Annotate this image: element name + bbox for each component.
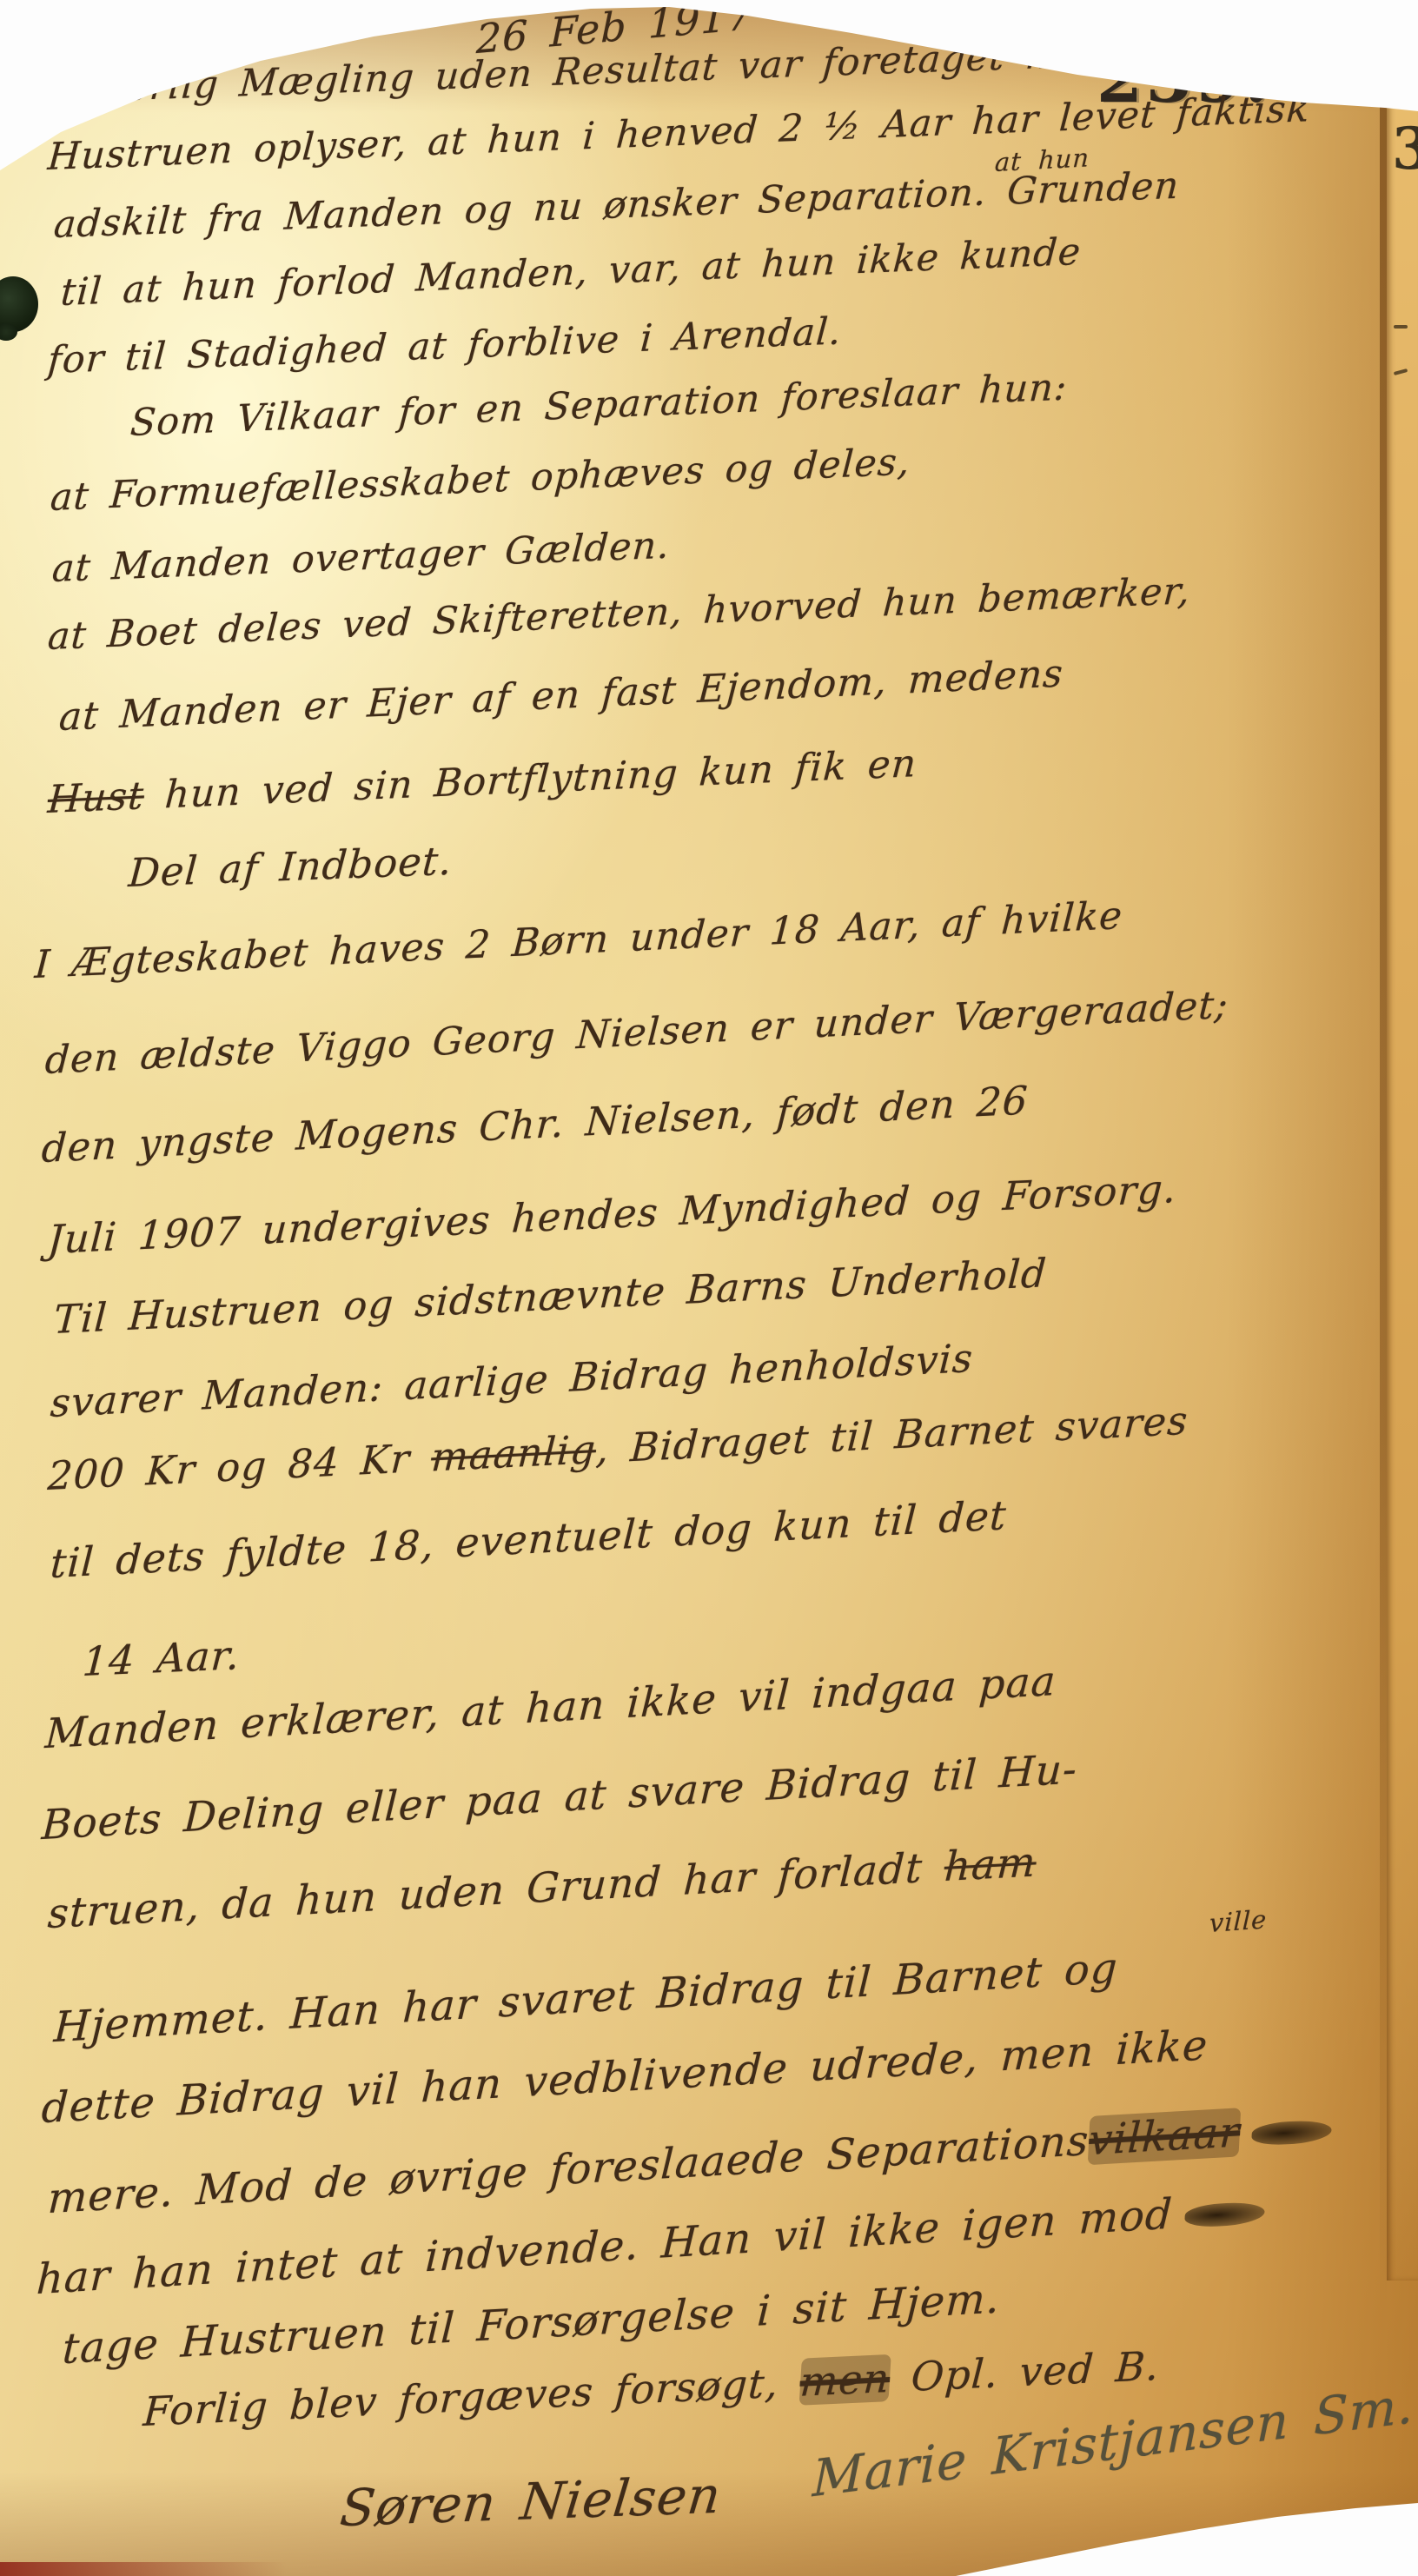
manuscript-text: til at hun forlod Manden, var, at hun ik… — [59, 230, 1082, 315]
manuscript-line: til at hun forlod Manden, var, at hun ik… — [59, 230, 1082, 315]
manuscript-text: struen, da hun uden Grund har forladt — [47, 1843, 946, 1938]
manuscript-line: den ældste Viggo Georg Nielsen er under … — [44, 983, 1230, 1083]
manuscript-line: den yngste Mogens Chr. Nielsen, født den… — [41, 1077, 1030, 1172]
struck-word: vilkaar — [1088, 2108, 1242, 2165]
manuscript-text: for til Stadighed at forblive i Arendal. — [46, 309, 843, 382]
next-page-edge: 3 — [1387, 90, 1418, 2281]
pen-mark — [1394, 368, 1408, 375]
manuscript-text: Juli 1907 undergives hendes Myndighed og… — [46, 1165, 1177, 1263]
manuscript-text: I Ægteskabet haves 2 Børn under 18 Aar, … — [33, 893, 1123, 987]
manuscript-line: Boets Deling eller paa at svare Bidrag t… — [41, 1745, 1079, 1849]
manuscript-line: at Manden overtager Gælden. — [50, 524, 671, 591]
pen-mark — [1394, 325, 1408, 329]
struck-word: Hust — [46, 773, 145, 822]
manuscript-text: Forlig blev forgæves forsøgt, — [142, 2359, 801, 2436]
bottom-left-red-edge — [0, 2562, 287, 2576]
struck-word: men — [798, 2354, 891, 2406]
page-seam — [1380, 90, 1387, 2315]
manuscript-text: til dets fyldte 18, eventuelt dog kun ti… — [50, 1491, 1009, 1587]
manuscript-line: Hust hun ved sin Bortflytning kun fik en — [46, 741, 918, 822]
book-page: 3 239. 26 Feb 1917 at hun ville Yderlig … — [0, 0, 1418, 2576]
struck-word: maanlig — [430, 1426, 598, 1480]
manuscript-text: Opl. ved B. — [889, 2342, 1161, 2401]
manuscript-line: til dets fyldte 18, eventuelt dog kun ti… — [50, 1491, 1009, 1587]
manuscript-line: Juli 1907 undergives hendes Myndighed og… — [46, 1165, 1177, 1263]
manuscript-line: Til Hustruen og sidstnævnte Barns Underh… — [52, 1250, 1048, 1343]
manuscript-text: Boets Deling eller paa at svare Bidrag t… — [41, 1745, 1079, 1849]
manuscript-text: 200 Kr og 84 Kr — [47, 1434, 433, 1499]
ink-blot — [1251, 2119, 1332, 2146]
manuscript-line: Som Vilkaar for en Separation foreslaar … — [129, 365, 1069, 445]
ink-blot — [1184, 2201, 1265, 2227]
manuscript-line: struen, da hun uden Grund har forladt ha… — [47, 1838, 1037, 1938]
manuscript-text: at Manden overtager Gælden. — [50, 524, 671, 591]
manuscript-text: Del af Indboet. — [127, 838, 454, 896]
manuscript-line: I Ægteskabet haves 2 Børn under 18 Aar, … — [33, 893, 1123, 987]
manuscript-text: Som Vilkaar for en Separation foreslaar … — [129, 365, 1069, 445]
manuscript-line: Del af Indboet. — [127, 838, 454, 896]
manuscript-line: for til Stadighed at forblive i Arendal. — [46, 309, 843, 382]
manuscript-text: 14 Aar. — [81, 1631, 242, 1685]
manuscript-text: svarer Manden: aarlige Bidrag henholdsvi… — [50, 1335, 975, 1426]
binding-hole-tie-tail — [0, 323, 17, 341]
manuscript-text: den yngste Mogens Chr. Nielsen, født den… — [41, 1077, 1030, 1172]
scanned-document: 3 239. 26 Feb 1917 at hun ville Yderlig … — [0, 0, 1418, 2576]
manuscript-line: 14 Aar. — [81, 1631, 242, 1685]
manuscript-text: hun ved sin Bortflytning kun fik en — [142, 741, 918, 818]
manuscript-line: at Formuefællesskabet ophæves og deles, — [49, 440, 911, 520]
manuscript-text: at Manden er Ejer af en fast Ejendom, me… — [57, 651, 1064, 740]
manuscript-text: Til Hustruen og sidstnævnte Barns Underh… — [52, 1250, 1048, 1343]
manuscript-text: at Formuefællesskabet ophæves og deles, — [49, 440, 911, 520]
manuscript-text: den ældste Viggo Georg Nielsen er under … — [44, 983, 1230, 1083]
interline-insertion: ville — [1209, 1904, 1267, 1938]
next-page-number: 3 — [1392, 115, 1418, 183]
manuscript-text: , Bidraget til Barnet svares — [595, 1398, 1189, 1473]
manuscript-line: at Manden er Ejer af en fast Ejendom, me… — [57, 651, 1064, 740]
struck-word: ham — [943, 1838, 1037, 1891]
manuscript-line: svarer Manden: aarlige Bidrag henholdsvi… — [50, 1335, 975, 1426]
